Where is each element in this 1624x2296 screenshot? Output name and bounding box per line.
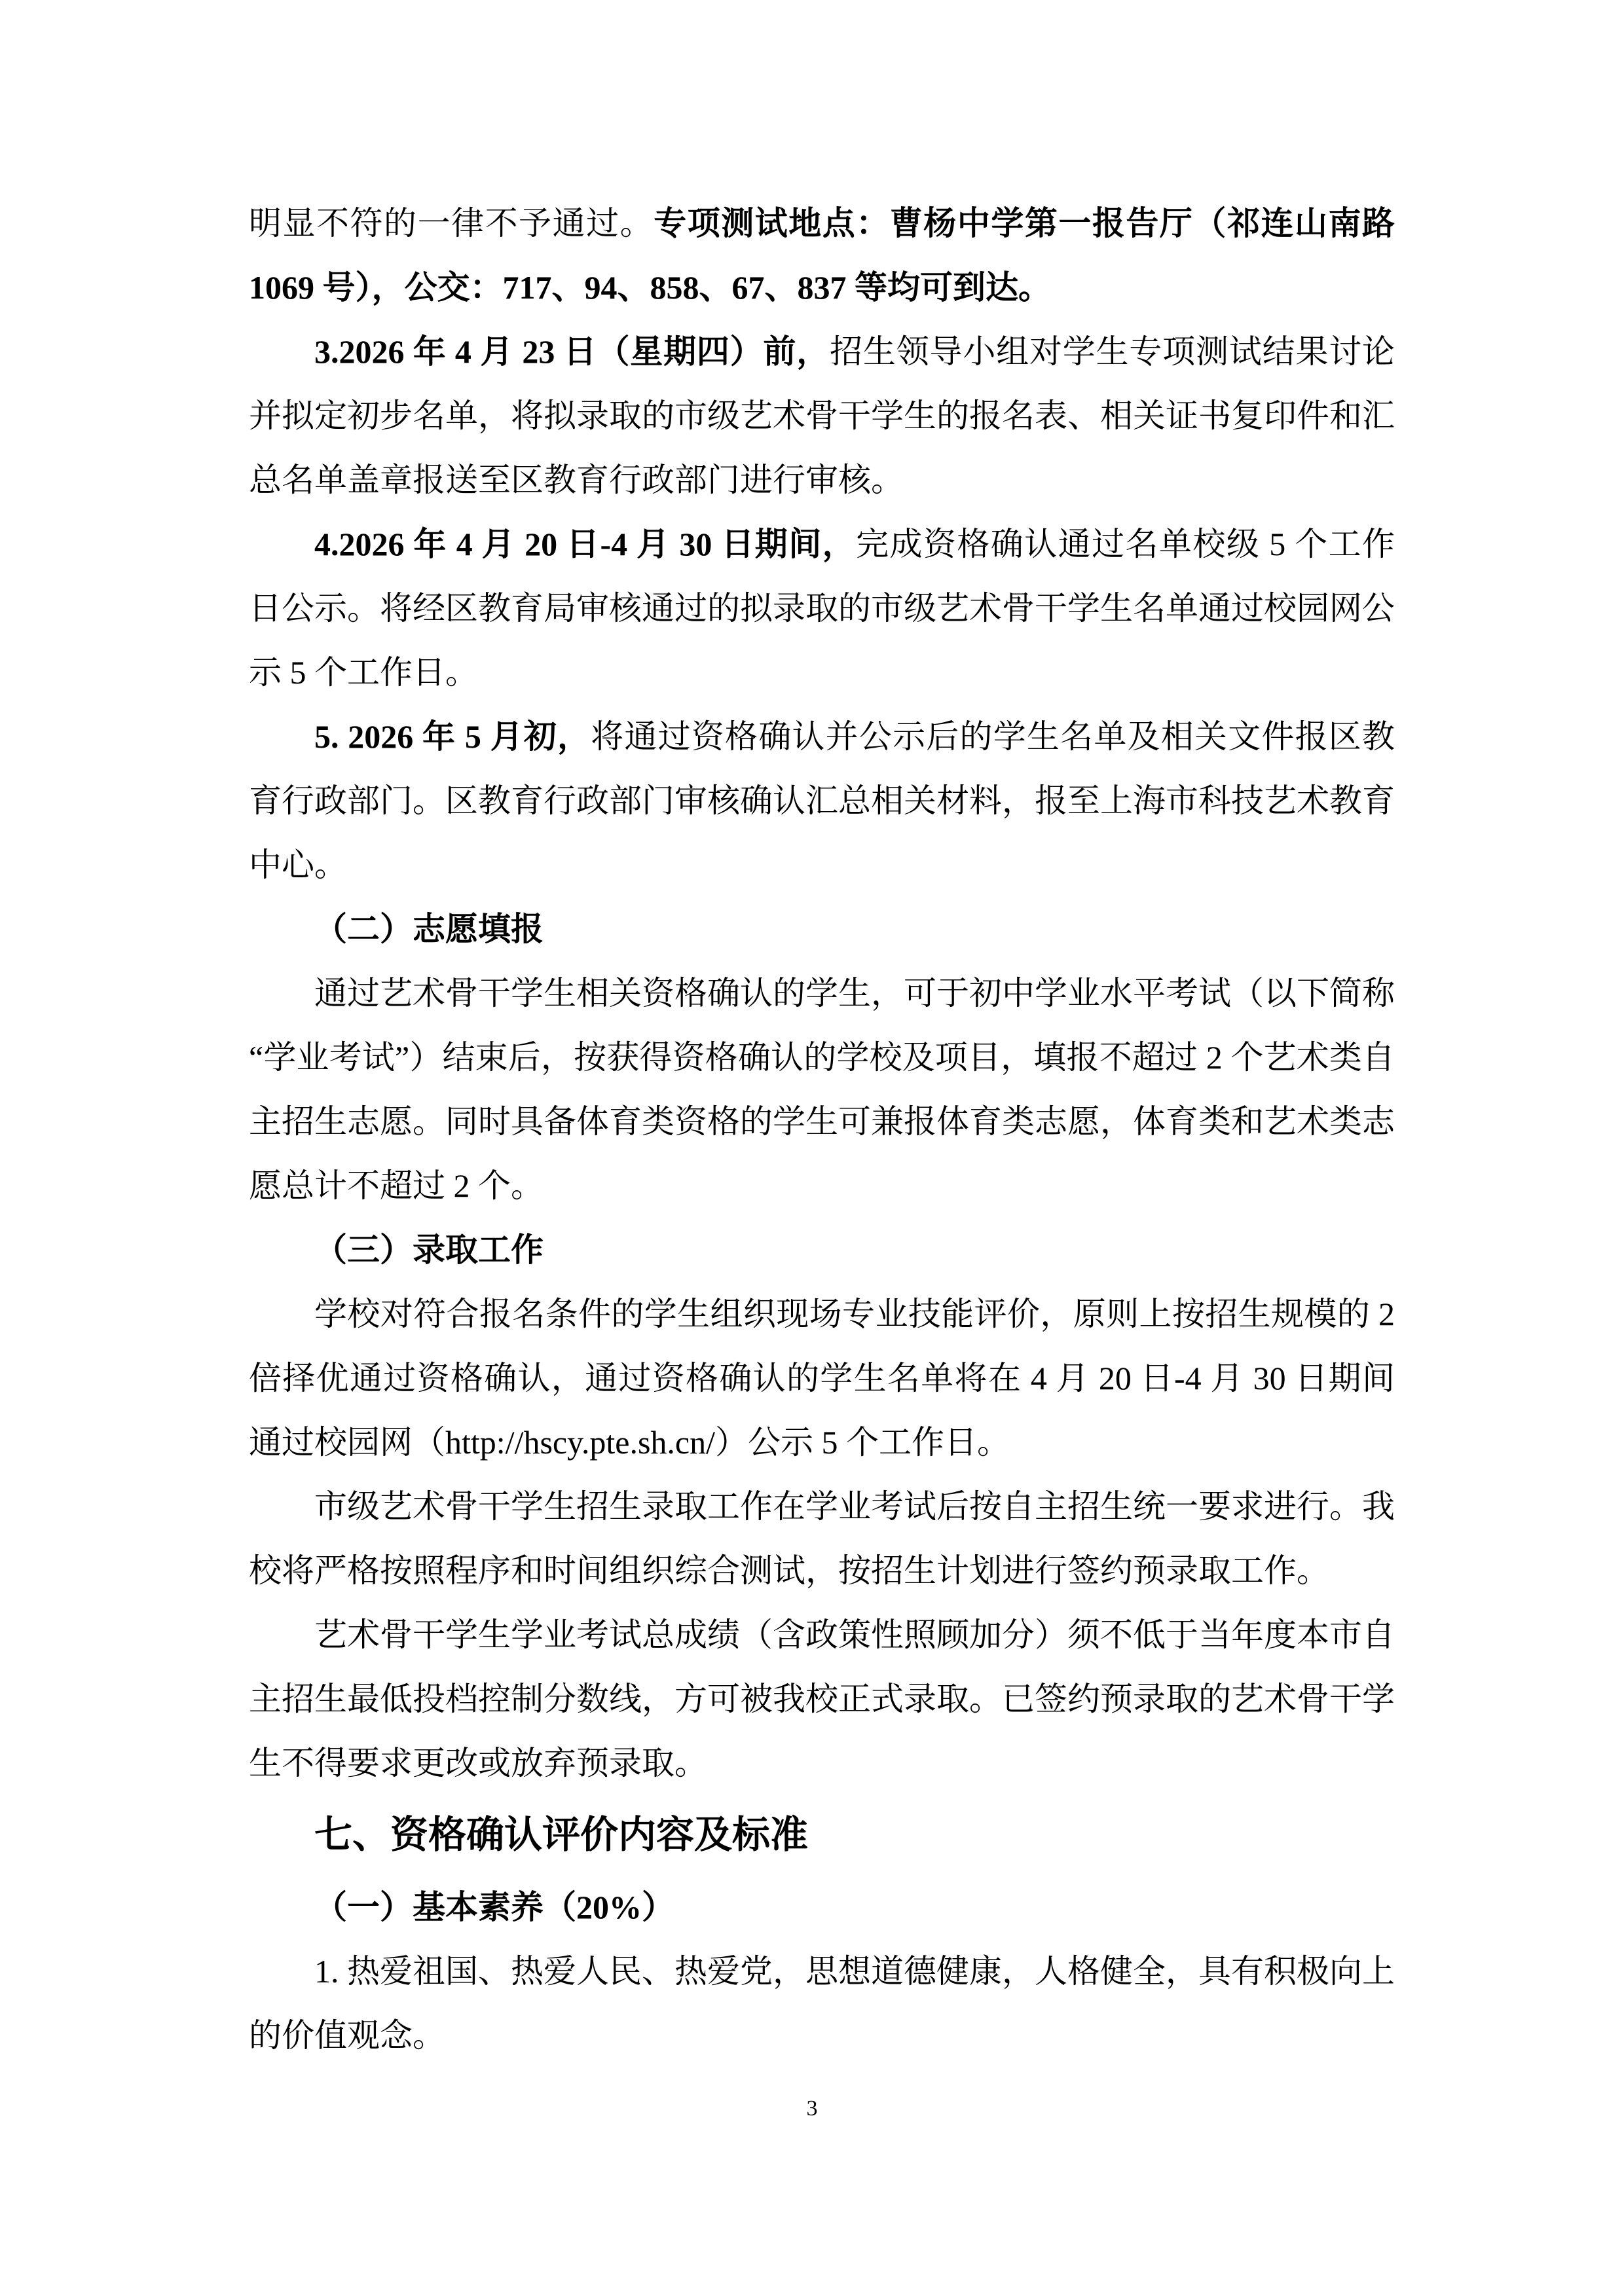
list-item-3: 3.2026 年 4 月 23 日（星期四）前，招生领导小组对学生专项测试结果讨… [249, 319, 1395, 512]
list-item-4: 4.2026 年 4 月 20 日-4 月 30 日期间，完成资格确认通过名单校… [249, 512, 1395, 704]
subheading-admission-work: （三）录取工作 [249, 1218, 1395, 1282]
date-bold-text: 5. 2026 年 5 月初， [314, 718, 591, 755]
page-number: 3 [0, 2092, 1624, 2125]
paragraph-volunteer: 通过艺术骨干学生相关资格确认的学生，可于初中学业水平考试（以下简称“学业考试”）… [249, 961, 1395, 1218]
paragraph-basic-quality-item1: 1. 热爱祖国、热爱人民、热爱党，思想道德健康，人格健全，具有积极向上的价值观念… [249, 1939, 1395, 2068]
date-bold-text: 4.2026 年 4 月 20 日-4 月 30 日期间， [314, 526, 856, 562]
subheading-basic-quality: （一）基本素养（20%） [249, 1875, 1395, 1939]
paragraph-test-location: 明显不符的一律不予通过。专项测试地点：曹杨中学第一报告厅（祁连山南路 1069 … [249, 191, 1395, 319]
page-content: 明显不符的一律不予通过。专项测试地点：曹杨中学第一报告厅（祁连山南路 1069 … [249, 191, 1395, 2068]
date-bold-text: 3.2026 年 4 月 23 日（星期四）前， [314, 333, 830, 370]
paragraph-text: 明显不符的一律不予通过。 [249, 205, 654, 242]
section-heading-seven: 七、资格确认评价内容及标准 [249, 1795, 1395, 1875]
paragraph-skill-evaluation: 学校对符合报名条件的学生组织现场专业技能评价，原则上按招生规模的 2 倍择优通过… [249, 1282, 1395, 1474]
subheading-volunteer-filling: （二）志愿填报 [249, 897, 1395, 961]
paragraph-admission-process: 市级艺术骨干学生招生录取工作在学业考试后按自主招生统一要求进行。我校将严格按照程… [249, 1474, 1395, 1603]
document-page: 明显不符的一律不予通过。专项测试地点：曹杨中学第一报告厅（祁连山南路 1069 … [0, 0, 1624, 2296]
paragraph-score-requirement: 艺术骨干学生学业考试总成绩（含政策性照顾加分）须不低于当年度本市自主招生最低投档… [249, 1603, 1395, 1795]
list-item-5: 5. 2026 年 5 月初，将通过资格确认并公示后的学生名单及相关文件报区教育… [249, 704, 1395, 897]
